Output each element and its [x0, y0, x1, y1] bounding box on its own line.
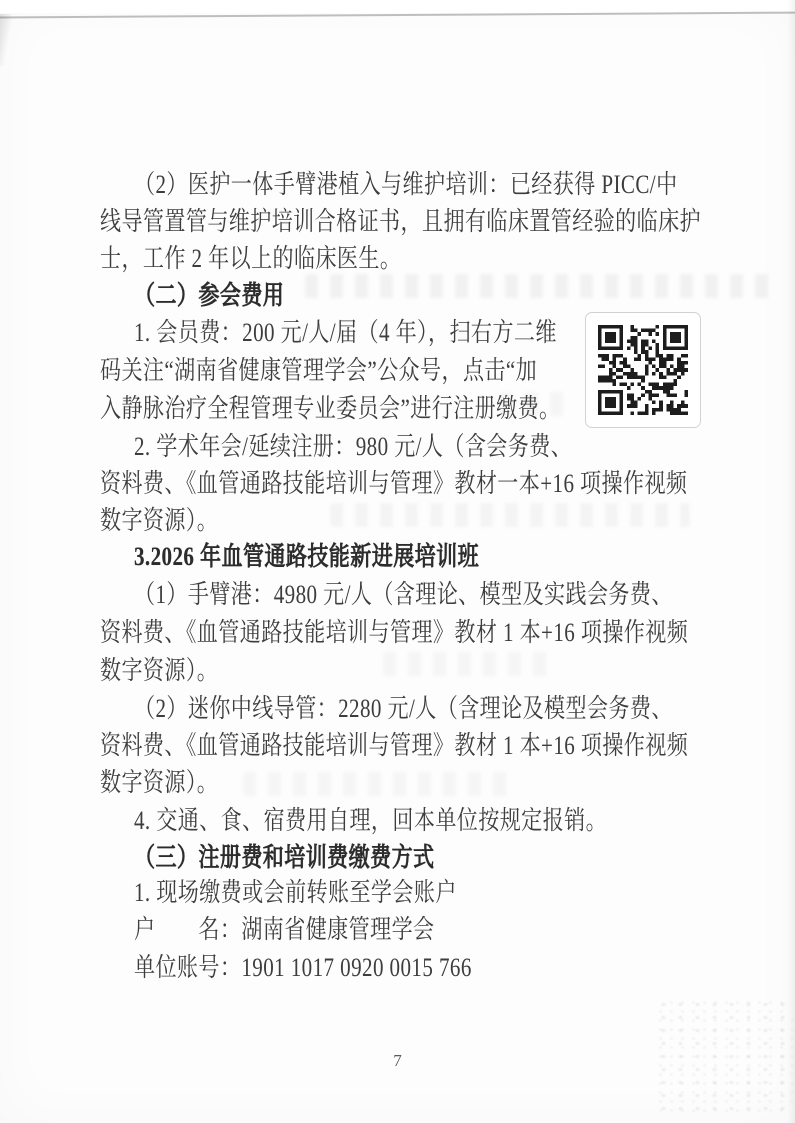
- paragraph-line: 1. 现场缴费或会前转账至学会账户: [134, 878, 457, 908]
- section-heading-payment: （三）注册费和培训费缴费方式: [134, 843, 435, 873]
- paragraph-line: （1）手臂港：4980 元/人（含理论、模型及实践会务费、: [134, 580, 673, 610]
- paragraph-line: 数字资源）。: [100, 506, 218, 536]
- paragraph-line: 士，工作 2 年以上的临床医生。: [100, 244, 401, 274]
- qr-code-pattern: [598, 325, 688, 415]
- paragraph-line: 2. 学术年会/延续注册：980 元/人（含会务费、: [134, 432, 572, 462]
- bleed-through-artifact: [330, 503, 690, 527]
- paragraph-line: 数字资源）。: [100, 656, 218, 686]
- scanned-document-page: （2）医护一体手臂港植入与维护培训：已经获得 PICC/中 线导管置管与维护培训…: [0, 0, 795, 1123]
- paragraph-line: 资料费、《血管通路技能培训与管理》教材 1 本+16 项操作视频: [100, 731, 688, 761]
- paragraph-line: 资料费、《血管通路技能培训与管理》教材一本+16 项操作视频: [100, 469, 687, 499]
- scan-edge-right: [787, 0, 795, 1123]
- bleed-through-artifact: [305, 274, 770, 298]
- section-heading-training-class: 3.2026 年血管通路技能新进展培训班: [134, 542, 479, 572]
- paragraph-line: 资料费、《血管通路技能培训与管理》教材 1 本+16 项操作视频: [100, 618, 688, 648]
- paragraph-line: 数字资源）。: [100, 768, 218, 798]
- section-heading-fees: （二）参会费用: [134, 281, 284, 311]
- bleed-through-artifact: [383, 652, 548, 676]
- bleed-through-artifact: [243, 772, 508, 796]
- qr-code: [585, 312, 701, 428]
- paragraph-line: （2）迷你中线导管：2280 元/人（含理论及模型会务费、: [134, 694, 673, 724]
- paragraph-line: 1. 会员费：200 元/人/届（4 年），扫右方二维: [134, 318, 557, 348]
- scan-edge-top: [0, 0, 795, 13]
- scan-corner-shadow: [0, 14, 12, 66]
- page-number: 7: [0, 1051, 795, 1071]
- account-name-line: 户 名：湖南省健康管理学会: [134, 915, 435, 945]
- paragraph-line: （2）医护一体手臂港植入与维护培训：已经获得 PICC/中: [134, 170, 678, 200]
- paragraph-line: 线导管置管与维护培训合格证书，且拥有临床置管经验的临床护: [100, 207, 701, 237]
- paragraph-line: 码关注“湖南省健康管理学会”公众号，点击“加: [100, 356, 537, 386]
- paragraph-line: 入静脉治疗全程管理专业委员会”进行注册缴费。: [100, 394, 561, 424]
- paragraph-line: 4. 交通、食、宿费用自理，回本单位按规定报销。: [134, 806, 607, 836]
- account-number-line: 单位账号：1901 1017 0920 0015 766: [134, 953, 472, 983]
